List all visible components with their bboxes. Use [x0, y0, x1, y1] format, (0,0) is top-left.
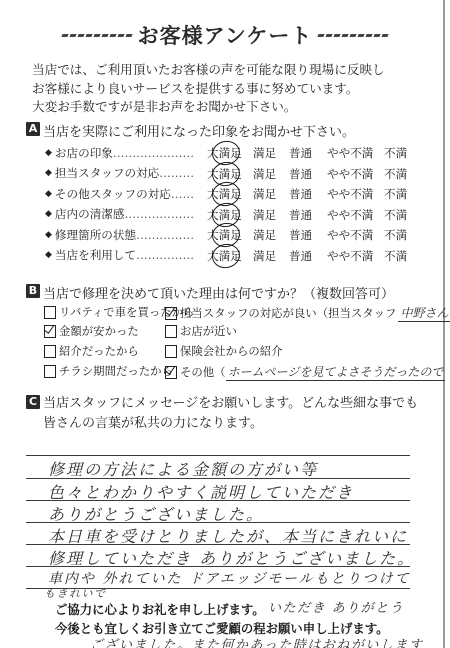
title-row: お客様アンケート	[0, 20, 450, 50]
rating-row: ◆その他スタッフの対応……	[45, 184, 195, 203]
rating-option[interactable]: 普通	[289, 227, 312, 243]
message-line: 色々とわかりやすく説明していただき	[48, 480, 354, 503]
message-line: 修理の方法による金額の方がい等	[48, 457, 318, 480]
checkbox[interactable]	[44, 365, 56, 378]
rating-label: お店の印象…………………	[55, 145, 195, 161]
diamond-bullet-icon: ◆	[45, 230, 52, 240]
section-b-heading: B 当店で修理を決めて頂いた理由は何ですか？（複数回答可）	[26, 283, 394, 302]
section-c-heading-line: 皆さんの言葉が私共の力になります。	[43, 414, 418, 434]
diamond-bullet-icon: ◆	[45, 189, 52, 199]
diamond-bullet-icon: ◆	[45, 209, 52, 219]
ruled-line	[26, 455, 410, 456]
rating-label: その他スタッフの対応……	[55, 186, 195, 202]
checkbox-checked[interactable]	[165, 366, 177, 379]
rating-option[interactable]: 不満	[384, 166, 407, 182]
rating-option[interactable]: やや不満	[327, 145, 373, 161]
rating-option[interactable]: 満足	[253, 186, 276, 202]
section-a-heading: A 当店を実際にご利用になった印象をお聞かせ下さい。	[26, 121, 355, 140]
message-line: もきれいで	[44, 585, 107, 601]
page-title: お客様アンケート	[138, 20, 313, 50]
message-line: 本日車を受けとりましたが、本当にきれいに	[48, 524, 408, 547]
rating-option[interactable]: 満足	[253, 145, 276, 161]
selection-circle-icon	[210, 241, 242, 270]
rating-option[interactable]: 不満	[384, 145, 407, 161]
rating-row: ◆担当スタッフの対応………	[45, 164, 195, 183]
diamond-bullet-icon: ◆	[45, 250, 52, 260]
rating-row: ◆店内の清潔感………………	[45, 205, 195, 224]
message-line: ありがとうございました。	[48, 502, 264, 525]
rating-option[interactable]: やや不満	[327, 227, 373, 243]
rating-option[interactable]: やや不満	[327, 207, 373, 223]
section-c-heading: C 当店スタッフにメッセージをお願いします。どんな些細な事でも 皆さんの言葉が私…	[26, 394, 418, 434]
message-line: 修理していただき ありがとうございました。	[48, 546, 415, 569]
other-reason-handwritten[interactable]: ホームページを見てよさそうだったので	[226, 363, 446, 381]
survey-page: お客様アンケート 当店では、ご利用頂いたお客様の声を可能な限り現場に反映し お客…	[0, 0, 450, 648]
rating-option[interactable]: 満足	[253, 248, 276, 264]
reason-cheap[interactable]: 金額が安かった	[44, 323, 139, 339]
diamond-bullet-icon: ◆	[45, 148, 52, 158]
section-c-badge: C	[26, 395, 40, 409]
rating-row: ◆当店を利用して……………	[45, 246, 195, 265]
rating-label: 修理箇所の状態……………	[55, 227, 195, 243]
staff-name-handwritten[interactable]: 中野さん	[398, 304, 450, 322]
reason-insurance-referral[interactable]: 保険会社からの紹介	[165, 343, 283, 359]
checkbox[interactable]	[165, 325, 177, 338]
rating-row: ◆お店の印象…………………	[45, 143, 195, 162]
section-b-badge: B	[26, 284, 40, 298]
rating-option[interactable]: 満足	[253, 207, 276, 223]
reason-good-staff[interactable]: 担当スタッフの対応が良い（担当スタッフ 中野さん	[165, 304, 450, 322]
checkbox-checked[interactable]	[44, 325, 56, 338]
rating-option[interactable]: 普通	[289, 248, 312, 264]
title-dashes-left	[62, 34, 132, 37]
diamond-bullet-icon: ◆	[45, 168, 52, 178]
section-b-heading-text: 当店で修理を決めて頂いた理由は何ですか？（複数回答可）	[43, 283, 394, 302]
intro-line: 大変お手数ですが是非お声をお聞かせ下さい。	[32, 98, 432, 117]
section-a-heading-text: 当店を実際にご利用になった印象をお聞かせ下さい。	[43, 121, 355, 140]
rating-option[interactable]: 不満	[384, 186, 407, 202]
reason-flyer[interactable]: チラシ期間だったから	[44, 363, 173, 379]
reason-referral[interactable]: 紹介だったから	[44, 343, 139, 359]
checkbox[interactable]	[165, 345, 177, 358]
rating-row: ◆修理箇所の状態……………	[45, 225, 195, 244]
rating-option[interactable]: 普通	[289, 207, 312, 223]
intro-line: お客様により良いサービスを提供する事に努めています。	[32, 80, 432, 99]
rating-option[interactable]: 満足	[253, 227, 276, 243]
checkbox[interactable]	[44, 306, 56, 319]
footer-thanks: ご協力に心よりお礼を申し上げます。	[55, 600, 265, 618]
rating-option[interactable]: 普通	[289, 166, 312, 182]
rating-option[interactable]: 不満	[384, 248, 407, 264]
rating-option[interactable]: 満足	[253, 166, 276, 182]
message-continuation: いただき ありがとう	[268, 597, 404, 616]
rating-option[interactable]: 不満	[384, 207, 407, 223]
rating-label: 店内の清潔感………………	[55, 206, 195, 222]
rating-option[interactable]: 不満	[384, 227, 407, 243]
rating-option[interactable]: 普通	[289, 145, 312, 161]
footer-regards: 今後とも宜しくお引き立てご愛顧の程お願い申し上げます。	[55, 619, 389, 637]
reason-near-shop[interactable]: お店が近い	[165, 323, 237, 339]
section-c-heading-line: 当店スタッフにメッセージをお願いします。どんな些細な事でも	[43, 394, 418, 414]
checkbox-checked[interactable]	[165, 307, 177, 320]
intro-text: 当店では、ご利用頂いたお客様の声を可能な限り現場に反映し お客様により良いサービ…	[32, 61, 432, 117]
rating-label: 担当スタッフの対応………	[55, 165, 195, 181]
intro-line: 当店では、ご利用頂いたお客様の声を可能な限り現場に反映し	[32, 61, 432, 80]
page-edge-border	[443, 0, 445, 648]
rating-option[interactable]: やや不満	[327, 186, 373, 202]
rating-label: 当店を利用して……………	[55, 247, 195, 263]
reason-other[interactable]: その他（ ホームページを見てよさそうだったので	[165, 363, 445, 381]
title-dashes-right	[318, 34, 388, 37]
section-a-badge: A	[26, 122, 40, 136]
checkbox[interactable]	[44, 345, 56, 358]
rating-option[interactable]: やや不満	[327, 166, 373, 182]
rating-option[interactable]: やや不満	[327, 248, 373, 264]
rating-option[interactable]: 普通	[289, 186, 312, 202]
